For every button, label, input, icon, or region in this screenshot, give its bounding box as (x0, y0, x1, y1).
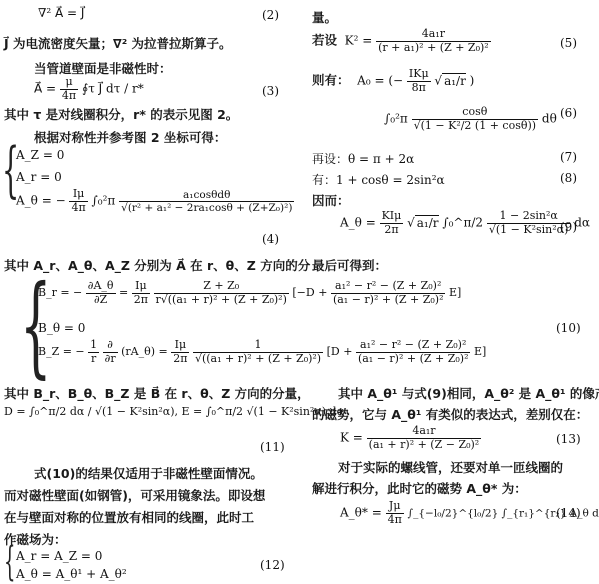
paragraph-integration: 解进行积分，此时它的磁势 A_θ* 为： (312, 479, 527, 497)
eq9-integrand: 1 − 2sin²α√(1 − K²sin²α) (487, 210, 571, 236)
eq6-coeff: IKμ8π (407, 68, 431, 94)
paragraph-symmetry: 根据对称性并参考图 2 坐标可得： (34, 128, 226, 146)
paragraph-nonmagnetic-result: 式(10)的结果仅适用于非磁性壁面情况。 (34, 464, 263, 482)
paragraph-current-density: J⃗ 为电流密度矢量；∇² 为拉普拉斯算子。 (4, 34, 232, 52)
equation-4-line3: A_θ = − Iμ4π ∫₀²π a₁cosθdθ√(r² + a₁² − 2… (16, 188, 294, 214)
equation-number-10: (10) (556, 321, 581, 335)
eq9-coeff: KIμ2π (380, 210, 404, 236)
eq4-integrand: a₁cosθdθ√(r² + a₁² − 2ra₁cosθ + (Z+Z₀)²) (119, 189, 294, 214)
equation-2: ∇² A⃗ = J⃗ (38, 6, 84, 20)
equation-number-4: (4) (262, 232, 279, 246)
paragraph-quantity-end: 量。 (312, 8, 337, 26)
frac-den: (r + a₁)² + (Z + Z₀)² (376, 42, 491, 55)
paragraph-nonmagnetic-wall: 当管道壁面是非磁性时： (34, 59, 172, 77)
br-bracket-close: E] (449, 286, 461, 299)
eq11-D: D = ∫₀^π/2 dα / √(1 − K²sin²α) (4, 405, 175, 418)
frac-den: √(r² + a₁² − 2ra₁cosθ + (Z+Z₀)²) (119, 202, 294, 214)
equation-number-6: (6) (560, 106, 577, 120)
equation-number-11: (11) (260, 440, 285, 454)
eq5-fraction: 4a₁r(r + a₁)² + (Z + Z₀)² (376, 28, 491, 54)
eq5-lhs: K² = (345, 34, 373, 48)
equation-3: A⃗ = μ4π ∮τ J⃗ dτ / r* (34, 76, 144, 102)
equation-number-3: (3) (262, 84, 279, 98)
eq9-integral: ∫₀^π/2 (442, 216, 483, 230)
frac-num: μ (60, 76, 78, 90)
equation-number-8: (8) (560, 171, 577, 185)
equation-8: 有：1 + cosθ = 2sin²α (312, 171, 445, 188)
br-g: a₁² − r² − (Z + Z₀)²(a₁ − r)² + (Z + Z₀)… (331, 280, 446, 306)
eq6-sqrt: a₁/r (442, 73, 466, 88)
frac-num: 4a₁r (367, 425, 482, 439)
bz-mid: (rA_θ) = (121, 345, 168, 358)
bz-lhs: B_Z = − (38, 345, 85, 358)
frac-num: 1 − 2sin²α (487, 210, 571, 224)
equation-number-5: (5) (560, 36, 577, 50)
eq4-integral: ∫₀²π (92, 194, 116, 208)
frac-den: √(1 − K²sin²α) (487, 224, 571, 237)
equation-number-14: (14) (556, 506, 581, 520)
br-coeff: Iμ2π (132, 280, 150, 306)
eq6-integral: ∫₀²π (384, 112, 408, 126)
equation-6-line2: ∫₀²π cosθ√(1 − K²/2 (1 + cosθ)) dθ (384, 106, 557, 132)
equation-7: 再设：θ = π + 2α (312, 150, 414, 167)
bz-bracket-open: [D + (327, 345, 353, 358)
paragraph-finally: 最后可得到： (312, 256, 387, 274)
equation-11: D = ∫₀^π/2 dα / √(1 − K²sin²α), E = ∫₀^π… (4, 405, 344, 418)
paragraph-therefore: 因而： (312, 191, 350, 209)
br-deriv: ∂A_θ∂Z (86, 280, 116, 306)
equation-3-rhs: ∮τ J⃗ dτ / r* (82, 82, 144, 96)
frac-den: 4π (69, 202, 87, 215)
frac-num: KIμ (380, 210, 404, 224)
eq4-lhs: A_θ = − (16, 194, 66, 208)
frac-den: 2π (132, 294, 150, 307)
equation-number-12: (12) (260, 558, 285, 572)
eq9-sqrt: a₁/r (415, 215, 439, 230)
frac-den: 8π (407, 82, 431, 95)
bz-b: ∂∂r (103, 339, 118, 365)
frac-num: a₁cosθdθ (119, 189, 294, 202)
equation-4-line2: A_r = 0 (16, 170, 62, 184)
frac-den: (a₁ − r)² + (Z + Z₀)² (331, 294, 446, 307)
brace-eq12: { (4, 542, 15, 582)
equation-12-line1: A_r = A_Z = 0 (16, 549, 102, 563)
paragraph-solenoid: 对于实际的螺线管，还要对单一匝线圈的 (338, 458, 563, 476)
eq6-close: ) (470, 74, 475, 88)
eq6-d: dθ (542, 112, 557, 126)
eq4-coeff: Iμ4π (69, 188, 87, 214)
frac-num: a₁² − r² − (Z + Z₀)² (356, 339, 471, 353)
frac-num: IKμ (407, 68, 431, 82)
frac-num: Z + Z₀ (154, 280, 289, 294)
equation-number-7: (7) (560, 150, 577, 164)
br-bracket-open: [−D + (292, 286, 327, 299)
equation-number-2: (2) (262, 8, 279, 22)
bz-coeff: Iμ2π (171, 339, 189, 365)
eq6-label: 则有： (312, 73, 350, 88)
paragraph-mirror-method: 而对磁性壁面(如钢管)，可采用镜象法。即设想 (4, 486, 265, 504)
frac-den: √(1 − K²/2 (1 + cosθ)) (412, 120, 538, 133)
paragraph-A-theta-image: 其中 A_θ¹ 与式(9)相同，A_θ² 是 A_θ¹ 的像产生 (338, 384, 599, 402)
br-factor: Z + Z₀r√((a₁ + r)² + (Z + Z₀)²) (154, 280, 289, 306)
eq6-lhs: A₀ = (− (357, 74, 403, 88)
bz-bracket-close: E] (474, 345, 486, 358)
frac-num: ∂ (103, 339, 118, 353)
bz-factor: 1√((a₁ + r)² + (Z + Z₀)²) (193, 339, 323, 365)
frac-den: 2π (171, 353, 189, 366)
equation-13: K = 4a₁r(a₁ + r)² + (Z − Z₀)² (340, 425, 481, 451)
equation-number-9: (9) (560, 220, 577, 234)
paragraph-symmetric-coil: 在与壁面对称的位置放有相同的线圈，此时工 (4, 508, 254, 526)
equation-10-Btheta: B_θ = 0 (38, 321, 85, 335)
equation-2-text: ∇² A⃗ = J⃗ (38, 6, 84, 20)
frac-den: √((a₁ + r)² + (Z + Z₀)²) (193, 353, 323, 366)
equation-12-line2: A_θ = A_θ¹ + A_θ² (16, 567, 127, 581)
equation-number-13: (13) (556, 432, 581, 446)
equation-10-Bz: B_Z = − 1r ∂∂r (rA_θ) = Iμ2π 1√((a₁ + r)… (38, 339, 486, 365)
eq5-label: 若设 (312, 33, 337, 48)
frac-num: 1 (88, 339, 99, 353)
frac-num: Iμ (132, 280, 150, 294)
frac-num: Jμ (386, 500, 404, 514)
frac-den: 4π (386, 514, 404, 527)
frac-num: 4a₁r (376, 28, 491, 42)
frac-num: a₁² − r² − (Z + Z₀)² (331, 280, 446, 294)
paragraph-tau-integration: 其中 τ 是对线圈积分，r* 的表示见图 2。 (4, 105, 238, 123)
equation-6-line1: 则有： A₀ = (− IKμ8π √a₁/r ) (312, 68, 474, 94)
eq13-fraction: 4a₁r(a₁ + r)² + (Z − Z₀)² (367, 425, 482, 451)
frac-num: Iμ (69, 188, 87, 202)
bz-a: 1r (88, 339, 99, 365)
equation-9: A_θ = KIμ2π √a₁/r ∫₀^π/2 1 − 2sin²α√(1 −… (340, 210, 590, 236)
frac-den: r (88, 353, 99, 366)
frac-den: (a₁ − r)² + (Z + Z₀)² (356, 353, 471, 366)
bz-g: a₁² − r² − (Z + Z₀)²(a₁ − r)² + (Z + Z₀)… (356, 339, 471, 365)
frac-den: r√((a₁ + r)² + (Z + Z₀)²) (154, 294, 289, 307)
frac-den: 4π (60, 90, 78, 103)
frac-num: Iμ (171, 339, 189, 353)
eq14-lhs: A_θ* = (340, 506, 382, 520)
paragraph-similar-expression: 的磁势，它与 A_θ¹ 有类似的表达式，差别仅在： (312, 405, 588, 423)
br-lhs: B_r = − (38, 286, 82, 299)
frac-den: 2π (380, 224, 404, 237)
equation-10-Br: B_r = − ∂A_θ∂Z = Iμ2π Z + Z₀r√((a₁ + r)²… (38, 280, 461, 306)
frac-num: ∂A_θ (86, 280, 116, 294)
eq6-integrand: cosθ√(1 − K²/2 (1 + cosθ)) (412, 106, 538, 132)
frac-den: ∂r (103, 353, 118, 366)
equation-4-line1: A_Z = 0 (16, 148, 64, 162)
frac-den: (a₁ + r)² + (Z − Z₀)² (367, 439, 482, 452)
eq13-lhs: K = (340, 431, 363, 445)
eq14-coeff: Jμ4π (386, 500, 404, 526)
frac-num: cosθ (412, 106, 538, 120)
equation-3-lhs: A⃗ = (34, 82, 56, 96)
eq9-lhs: A_θ = (340, 216, 376, 230)
frac-num: 1 (193, 339, 323, 353)
paragraph-components-B: 其中 B_r、B_θ、B_Z 是 B⃗ 在 r、θ、Z 方向的分量， (4, 384, 310, 402)
equation-5: 若设 K² = 4a₁r(r + a₁)² + (Z + Z₀)² (312, 28, 491, 54)
equation-3-fraction: μ4π (60, 76, 78, 102)
frac-den: ∂Z (86, 294, 116, 307)
